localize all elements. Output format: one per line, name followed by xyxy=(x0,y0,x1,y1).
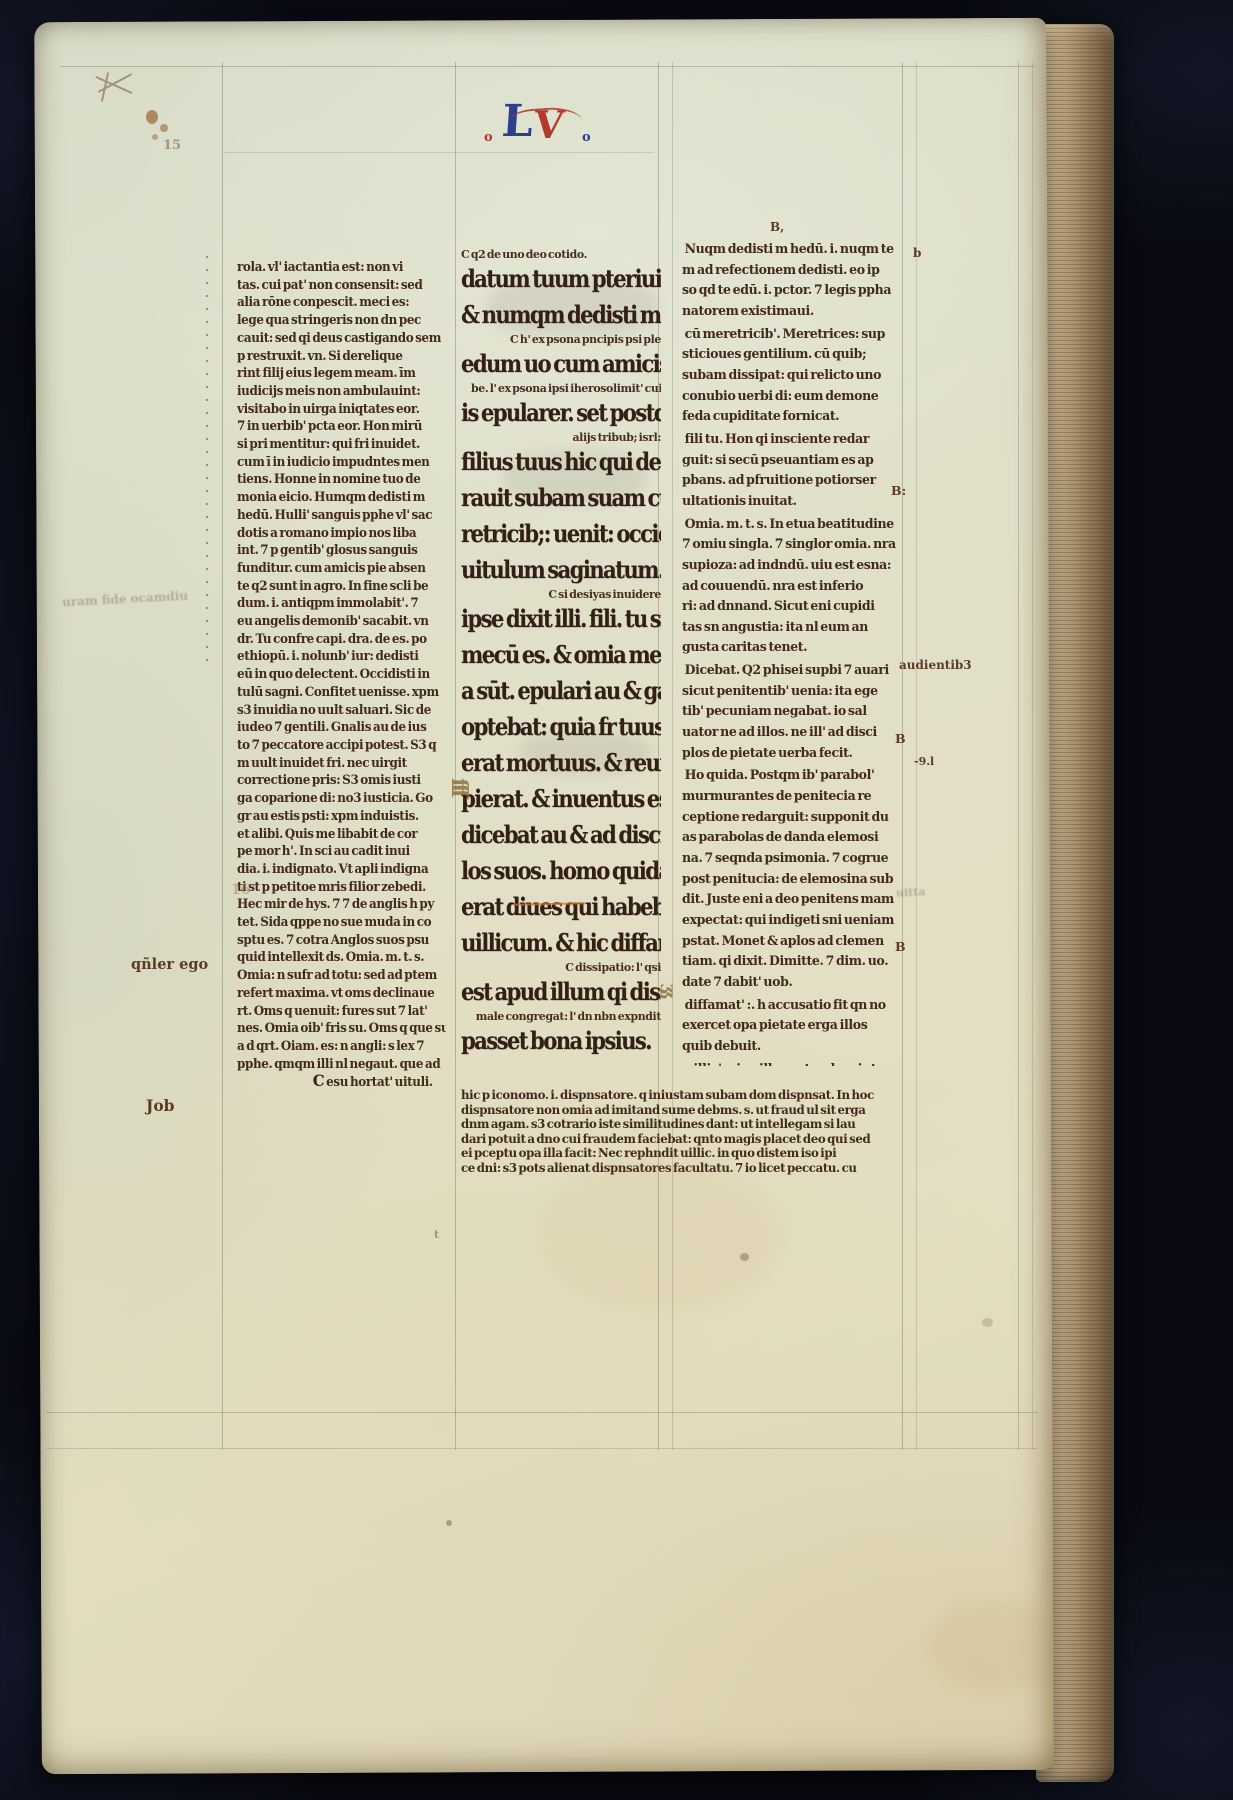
scripture-line: C q2 de uno deo cotido. xyxy=(461,248,651,261)
scripture-line: uillicum. & hic diffamat' xyxy=(461,925,637,961)
gloss-line: guit: si secū pseuantiam es ap xyxy=(682,451,897,472)
gloss-line: sicut penitentib' uenia: ita ege xyxy=(682,682,897,703)
scripture-line: ipse dixit illi. fili. tu smr xyxy=(461,601,637,637)
gloss-line: as parabolas de danda elemosi xyxy=(682,828,897,849)
gloss-line: cauit: sed qi deus castigando sem xyxy=(237,329,446,347)
gloss-line: COmia. m. t. s. In etua beatitudine xyxy=(682,513,897,536)
scripture-line: retricib;: uenit: occidisti xyxy=(461,516,637,552)
margin-letter-B: B xyxy=(895,731,906,746)
center-text-column: C q2 de uno deo cotido.datum tuum pteriu… xyxy=(461,248,661,1080)
scripture-line: edum uo cum amicis me xyxy=(461,346,637,382)
gloss-line: supioza: ad indndū. uiu est esna: xyxy=(682,556,897,577)
gloss-line: sptu es. 7 cotra Anglos suos psu xyxy=(237,931,446,949)
scripture-line: los suos. homo quidam xyxy=(461,853,637,889)
gloss-line: ultationis inuitat. xyxy=(682,492,897,513)
rubric-line: Cesu hortat' uituli. xyxy=(237,1072,446,1091)
gloss-line: tulū sagni. Confitet uenisse. xpm xyxy=(237,683,446,701)
margin-letter-b: b xyxy=(913,246,921,260)
gloss-line: ad couuendū. nra est inferio xyxy=(682,577,897,598)
stray-ink-mark: t xyxy=(434,1228,439,1241)
gloss-line: post penitucia: de elemosina sub xyxy=(682,870,897,891)
gloss-line: gusta caritas tenet. xyxy=(682,638,897,659)
gloss-line: sticioues gentilium. cū quib; xyxy=(682,345,897,366)
scripture-line: alijs tribub; isrl: xyxy=(471,431,661,444)
gloss-line: ri: ad dnnand. Sicut eni cupidi xyxy=(682,597,897,618)
gloss-line: CDicebat. Q2 phisei supbi 7 auari xyxy=(682,659,897,682)
scripture-line: filius tuus hic qui deuo xyxy=(461,444,637,480)
scripture-line: rauit subam suam cū me xyxy=(461,480,637,516)
gloss-line: conubio uerbi di: eum demone xyxy=(682,387,897,408)
gloss-line: uator ne ad illos. ne ill' ad disci xyxy=(682,723,897,744)
gloss-line: iudicijs meis non ambulauint: xyxy=(237,382,446,400)
gloss-line: Omia: n sufr ad totu: sed ad ptem xyxy=(237,966,446,984)
scripture-line: optebat: quia fr tuus hic xyxy=(461,709,637,745)
chapter-heading: o L V o xyxy=(478,100,618,160)
gloss-line: p restruxit. vn. Si derelique xyxy=(237,347,446,365)
gloss-line: m uult inuidet fri. nec uirgit xyxy=(237,754,446,772)
gutter-flourish: ſſſ xyxy=(446,778,472,794)
parchment-stain xyxy=(740,1253,749,1261)
gloss-line: ethiopū. i. nolunb' iur: dedisti xyxy=(237,647,446,665)
margin-note-uitta: uitta xyxy=(896,885,926,900)
margin-note-9l: -9.l xyxy=(914,755,934,768)
gloss-line: Cdiffamat' :. h accusatio fit qn no xyxy=(682,994,897,1017)
ruling-line xyxy=(46,1448,1038,1449)
gloss-line: exercet opa pietate erga illos xyxy=(682,1016,897,1037)
gloss-line: quib debuit. xyxy=(682,1037,897,1058)
gloss-line: iudeo 7 gentili. Gnalis au de ius xyxy=(237,718,446,736)
gloss-line: tiam. qi dixit. Dimitte. 7 dim. uo. xyxy=(682,952,897,973)
margin-note-qnler-ego: qñler ego xyxy=(131,956,208,973)
commentary-line: ei pceptu opa illa facit: Nec rephndit u… xyxy=(461,1146,890,1161)
gloss-line: refert maxima. vt oms declinaue xyxy=(237,984,446,1002)
commentary-line: dispnsatore non omia ad imitand sume deb… xyxy=(461,1103,890,1118)
scripture-line: is epularer. set postqm xyxy=(461,395,637,431)
gloss-line: nes. Omia oib' fris su. Oms q que su xyxy=(237,1019,446,1037)
gloss-line: na. 7 seqnda psimonia. 7 cogrue xyxy=(682,849,897,870)
ruling-line xyxy=(222,62,223,1450)
gloss-line: dum. i. antiqpm immolabit'. 7 xyxy=(237,594,446,612)
ink-stain xyxy=(152,134,158,140)
parchment-stain xyxy=(446,1520,452,1526)
gloss-line: tib' pecuniam negabat. io sal xyxy=(682,702,897,723)
gloss-line: funditur. cum amicis pie absen xyxy=(237,559,446,577)
gloss-line: expectat: qui indigeti sni ueniam xyxy=(682,911,897,932)
commentary-line: dari potuit a dno cui fraudem faciebat: … xyxy=(461,1132,890,1147)
ruling-line xyxy=(46,1412,1038,1413)
pen-trial-scribble xyxy=(92,66,138,108)
gloss-line: tas. cui pat' non consensit: sed xyxy=(237,276,446,294)
scripture-line: uitulum saginatum. At xyxy=(461,552,637,588)
scripture-line: datum tuum pteriui. xyxy=(461,261,637,297)
quire-note: 15 xyxy=(163,138,181,153)
gloss-line: te q2 sunt in agro. In fine scli be xyxy=(237,577,446,595)
ruling-line xyxy=(60,66,1035,67)
gloss-line: pbans. ad pfruitione potiorser xyxy=(682,471,897,492)
scripture-line: dicebat au & ad discipu xyxy=(461,817,637,853)
gloss-line: pstat. Monet & aplos ad clemen xyxy=(682,932,897,953)
ruling-line xyxy=(1032,62,1033,1450)
gloss-line: Cuillic': pie uille custos. h point xyxy=(682,1058,897,1066)
gloss-line: Cfili tu. Hon qi insciente redar xyxy=(682,428,897,451)
scripture-line: & numqm dedisti michi xyxy=(461,297,637,333)
margin-note-audientibus: audientib3 xyxy=(899,658,972,672)
gloss-line: pphe. qmqm illi nl negaut. que ad xyxy=(237,1055,446,1073)
gloss-line: et alibi. Quis me libabit de cor xyxy=(237,825,446,843)
gloss-line: date 7 dabit' uob. xyxy=(682,973,897,994)
gloss-line: monia eicio. Humqm dedisti m xyxy=(237,488,446,506)
ink-stain xyxy=(146,110,158,124)
scripture-line: a sūt. epulari au & gaude xyxy=(461,673,637,709)
scripture-line: pierat. & inuentus est. xyxy=(461,781,637,817)
margin-number-16: 16 xyxy=(231,882,250,898)
gloss-line: dia. i. indignato. Vt apli indigna xyxy=(237,860,446,878)
gloss-line: lege qua stringeris non dn pec xyxy=(237,311,446,329)
scripture-line: C si desiyas inuidere xyxy=(471,588,661,601)
gloss-line: rint filij eius legem meam. īm xyxy=(237,364,446,382)
gloss-line: natorem existimaui. xyxy=(682,302,897,323)
margin-letter-B: B: xyxy=(891,483,906,498)
commentary-line: dnm agam. s3 cotrario iste similitudines… xyxy=(461,1117,890,1132)
gloss-line: CNuqm dedisti m hedū. i. nuqm te xyxy=(682,238,897,261)
gloss-line: CHo quida. Postqm ib' parabol' xyxy=(682,764,897,787)
scripture-line: erat diues qui habebat xyxy=(461,889,637,925)
gloss-line: 7 omiu singla. 7 singlor omia. nra xyxy=(682,535,897,556)
gloss-line: ceptione redarguit: supponit du xyxy=(682,808,897,829)
gloss-line: eū in quo delectent. Occidisti in xyxy=(237,665,446,683)
gloss-line: tet. Sida qppe no sue muda in co xyxy=(237,913,446,931)
parchment-stain xyxy=(540,1160,780,1310)
gloss-line: dit. Juste eni a deo penitens mam xyxy=(682,890,897,911)
gloss-line: int. 7 p gentib' glosus sanguis xyxy=(237,541,446,559)
gloss-line: ti st p petitoe mris filior zebedi. xyxy=(237,878,446,896)
gloss-line: correctione pris: S3 omis iusti xyxy=(237,771,446,789)
right-gloss-column: CNuqm dedisti m hedū. i. nuqm tem ad ref… xyxy=(682,238,908,1066)
gloss-line: to 7 peccatore accipi potest. S3 q xyxy=(237,736,446,754)
gloss-line: si pri mentitur: qui fri inuidet. xyxy=(237,435,446,453)
ruling-line xyxy=(1018,62,1019,1450)
scripture-line: C h' ex psona pncipis psi ple xyxy=(471,333,661,346)
gloss-line: so qd te edū. i. pctor. 7 legis ppha xyxy=(682,281,897,302)
scripture-line: est apud illum qi dissi xyxy=(461,974,637,1010)
gloss-line: 7 in uerbib' pcta eor. Hon mirū xyxy=(237,417,446,435)
gloss-line: a d qrt. Oiam. es: n angli: s lex 7 xyxy=(237,1037,446,1055)
margin-letter-B: B xyxy=(895,939,906,954)
gloss-line: alia rōne conpescit. meci es: xyxy=(237,293,446,311)
heading-right-mark: o xyxy=(582,130,591,145)
pricking-dots xyxy=(206,256,208,670)
gloss-line: subam dissipat: qui relicto uno xyxy=(682,366,897,387)
gloss-line: ga coparione di: no3 iusticia. Go xyxy=(237,789,446,807)
gloss-line: gr au estis psti: xpm induistis. xyxy=(237,807,446,825)
gloss-line: dotis a romano impio nos liba xyxy=(237,524,446,542)
gloss-line: m ad refectionem dedisti. eo ip xyxy=(682,261,897,282)
parchment-stain xyxy=(930,1600,1060,1690)
gloss-line: murmurantes de penitecia re xyxy=(682,787,897,808)
gloss-line: Hec mir de hys. 7 7 de anglis h py xyxy=(237,895,446,913)
gloss-line: s3 inuidia no uult saluari. Sic de xyxy=(237,701,446,719)
gloss-line: visitabo in uirga iniqtates eor. xyxy=(237,400,446,418)
gloss-line: feda cupiditate fornicat. xyxy=(682,407,897,428)
gloss-line: pe mor h'. In sci au cadit inui xyxy=(237,842,446,860)
heading-left-mark: o xyxy=(484,130,493,145)
scripture-line: C dissipatio: l' qsi xyxy=(471,961,661,974)
manuscript-photo: o L V o rola. vl' iactantia est: non vit… xyxy=(0,0,1233,1800)
gloss-line: tas sn angustia: ita nl eum an xyxy=(682,618,897,639)
margin-letter-B-top: B, xyxy=(770,220,784,234)
paraph-mark: C xyxy=(313,1072,325,1090)
gloss-line: hedū. Hulli' sanguis pphe vl' sac xyxy=(237,506,446,524)
gloss-line: dr. Tu confre capi. dra. de es. po xyxy=(237,630,446,648)
gloss-line: eu angelis demonib' sacabit. vn xyxy=(237,612,446,630)
scripture-line: erat mortuus. & reuixit xyxy=(461,745,637,781)
gloss-line: tiens. Honne in nomine tuo de xyxy=(237,470,446,488)
gloss-line: rt. Oms q uenuit: fures sut 7 lat' xyxy=(237,1002,446,1020)
parchment-stain xyxy=(982,1318,993,1327)
gloss-line: quid intellexit ds. Omia. m. t. s. xyxy=(237,948,446,966)
scripture-line: passet bona ipsius. xyxy=(461,1023,637,1059)
scripture-line: male congregat: l' dn nbn expndit xyxy=(471,1010,661,1023)
gloss-line: cum ī in iudicio impudntes men xyxy=(237,453,446,471)
margin-note-job: Job xyxy=(146,1096,175,1115)
gloss-line: rola. vl' iactantia est: non vi xyxy=(237,258,446,276)
left-gloss-column: rola. vl' iactantia est: non vitas. cui … xyxy=(237,258,457,1092)
gloss-line: Ccū meretricib'. Meretrices: sup xyxy=(682,323,897,346)
commentary-line: hic p iconomo. i. dispnsatore. q iniusta… xyxy=(461,1088,890,1103)
ink-stain xyxy=(160,124,168,132)
scripture-line: mecū es. & omia mea tu xyxy=(461,637,637,673)
gutter-zigzag: ʒʒ xyxy=(660,984,679,994)
scripture-line: be. l' ex psona ipsi iherosolimit' cui xyxy=(471,382,661,395)
gloss-line: plos de pietate uerba fecit. xyxy=(682,744,897,765)
